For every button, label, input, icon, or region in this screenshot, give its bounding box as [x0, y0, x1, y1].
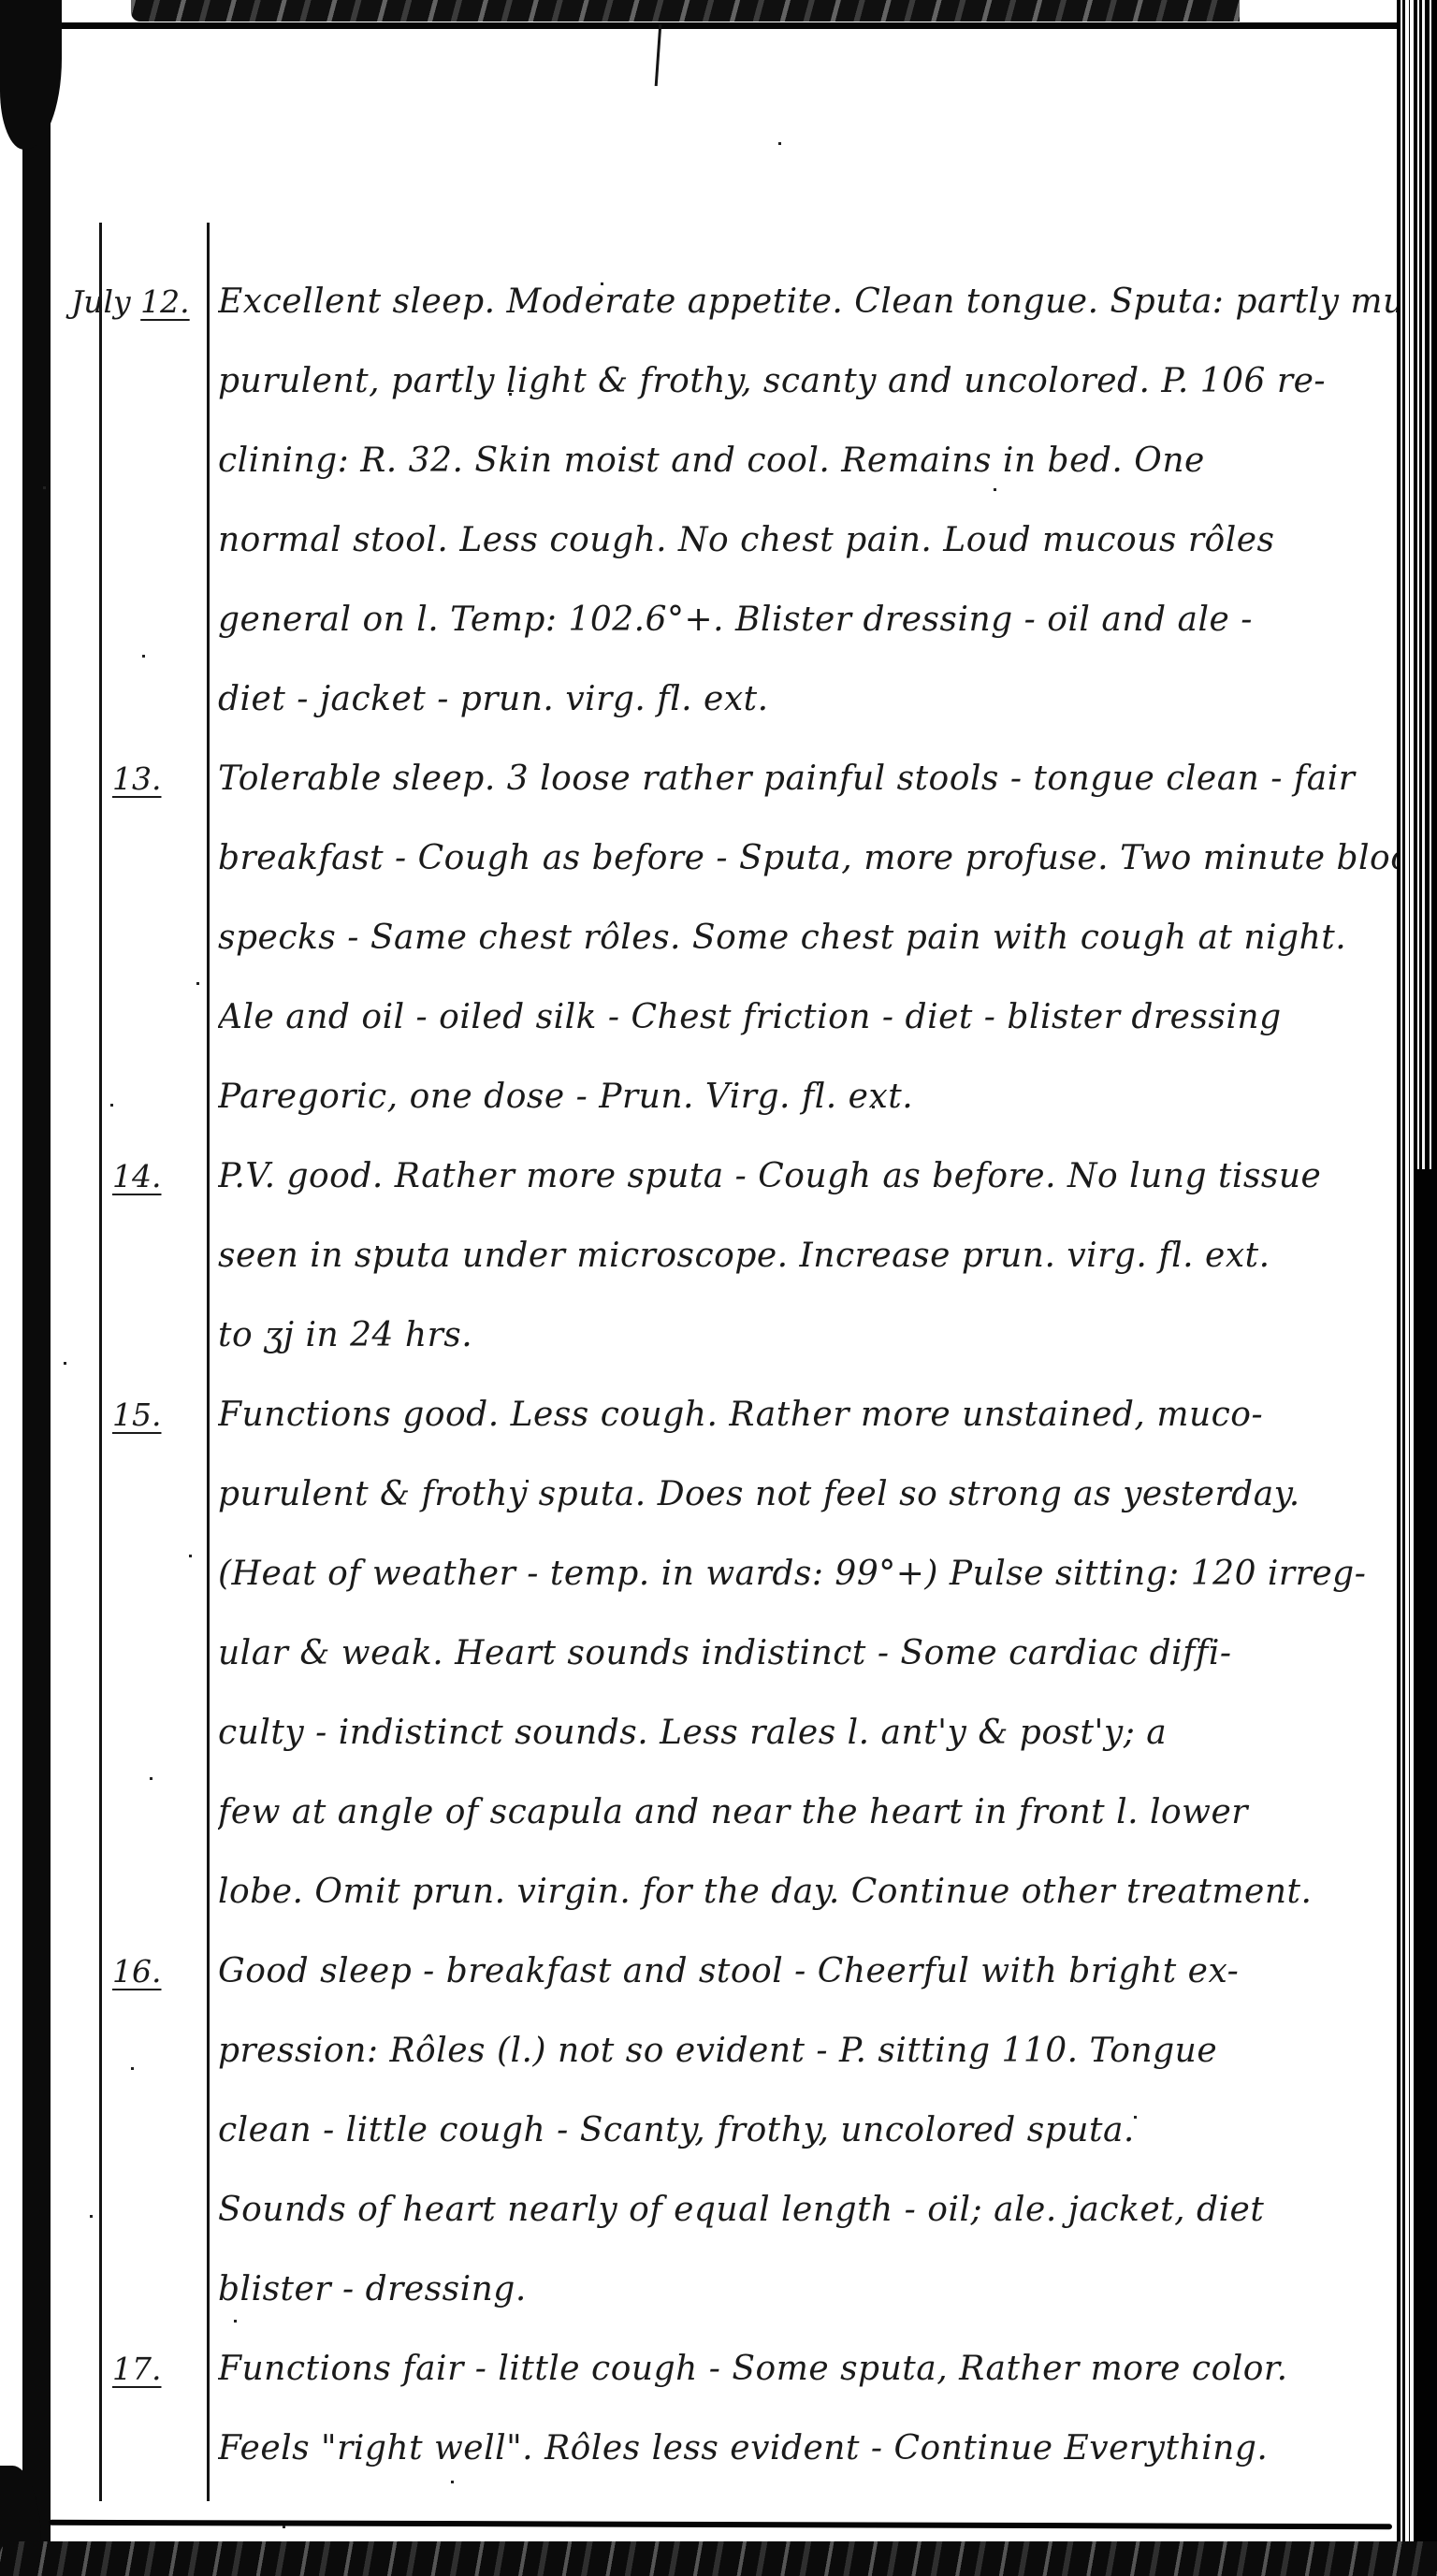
- torn-paper-edge: [131, 0, 1240, 22]
- entry-date: 14.: [101, 1136, 217, 1216]
- entry-line: normal stool. Less cough. No chest pain.…: [218, 500, 1397, 580]
- entry-line: Sounds of heart nearly of equal length -…: [218, 2170, 1397, 2250]
- entry-line: P.V. good. Rather more sputa - Cough as …: [218, 1136, 1397, 1216]
- entry-line: purulent & frothy sputa. Does not feel s…: [218, 1454, 1397, 1534]
- entry-date: July 12.: [71, 262, 217, 341]
- bottom-edge-band: [0, 2541, 1437, 2576]
- entry-line: Tolerable sleep. 3 loose rather painful …: [218, 739, 1397, 818]
- entry-date: 15.: [101, 1375, 217, 1454]
- entry-date-number: 16.: [112, 1953, 161, 1990]
- entry-line: few at angle of scapula and near the hea…: [218, 1773, 1397, 1852]
- entry-line: to ʒj in 24 hrs.: [218, 1295, 1397, 1375]
- noise-speckles: [0, 0, 3, 3]
- page-scan: Excellent sleep. Moderate appetite. Clea…: [0, 0, 1437, 2576]
- entry-date-prefix: July: [71, 283, 140, 320]
- entry-date-number: 17.: [112, 2351, 161, 2387]
- entry-date-number: 13.: [112, 760, 161, 797]
- left-top-corner-shadow: [0, 0, 62, 150]
- entry-date: 13.: [101, 739, 217, 818]
- entry-line: (Heat of weather - temp. in wards: 99°+)…: [218, 1534, 1397, 1614]
- entry-line: diet - jacket - prun. virg. fl. ext.: [218, 659, 1397, 739]
- entry-date: 17.: [101, 2329, 217, 2409]
- entry-line: clining: R. 32. Skin moist and cool. Rem…: [218, 421, 1397, 500]
- entry-line: Excellent sleep. Moderate appetite. Clea…: [218, 262, 1397, 341]
- entry-date: 16.: [101, 1932, 217, 2011]
- entry-line: ular & weak. Heart sounds indistinct - S…: [218, 1614, 1397, 1693]
- date-column-rule-left: [99, 223, 102, 2501]
- bottom-border-rule: [49, 2520, 1392, 2530]
- entry-line: Feels "right well". Rôles less evident -…: [218, 2409, 1397, 2488]
- entry-line: culty - indistinct sounds. Less rales l.…: [218, 1693, 1397, 1773]
- stray-pen-mark: [655, 24, 662, 86]
- journal-entry-lines: Excellent sleep. Moderate appetite. Clea…: [218, 262, 1397, 2488]
- entry-date-number: 12.: [140, 283, 189, 320]
- entry-line: Ale and oil - oiled silk - Chest frictio…: [218, 977, 1397, 1057]
- entry-line: Functions good. Less cough. Rather more …: [218, 1375, 1397, 1454]
- entry-line: Good sleep - breakfast and stool - Cheer…: [218, 1932, 1397, 2011]
- entry-line: Functions fair - little cough - Some spu…: [218, 2329, 1397, 2409]
- entry-date-number: 15.: [112, 1397, 161, 1433]
- left-gutter-border: [22, 0, 51, 2576]
- entry-line: Paregoric, one dose - Prun. Virg. fl. ex…: [218, 1057, 1397, 1136]
- entry-line: lobe. Omit prun. virgin. for the day. Co…: [218, 1852, 1397, 1932]
- entry-line: blister - dressing.: [218, 2250, 1397, 2329]
- entry-line: seen in sputa under microscope. Increase…: [218, 1216, 1397, 1295]
- entry-line: clean - little cough - Scanty, frothy, u…: [218, 2091, 1397, 2170]
- binding-heavy-streak: [1416, 1169, 1437, 2576]
- date-column-rule-right: [207, 223, 210, 2501]
- entry-line: general on l. Temp: 102.6°+. Blister dre…: [218, 580, 1397, 659]
- entry-line: specks - Same chest rôles. Some chest pa…: [218, 898, 1397, 977]
- entry-line: breakfast - Cough as before - Sputa, mor…: [218, 818, 1397, 898]
- entry-line: pression: Rôles (l.) not so evident - P.…: [218, 2011, 1397, 2091]
- entry-date-number: 14.: [112, 1158, 161, 1194]
- top-border-rule: [21, 22, 1426, 29]
- entry-line: purulent, partly light & frothy, scanty …: [218, 341, 1397, 421]
